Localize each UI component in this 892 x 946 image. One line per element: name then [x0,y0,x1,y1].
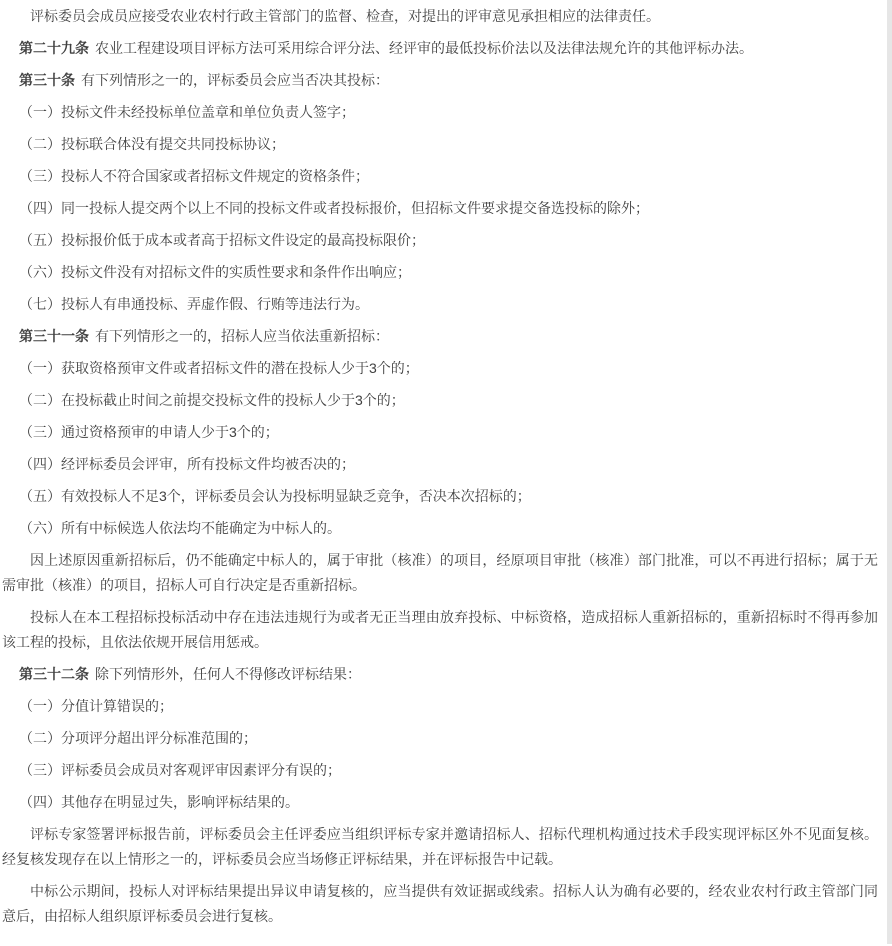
article-30: 第三十条有下列情形之一的，评标委员会应当否决其投标： [2,68,878,93]
article-29: 第二十九条农业工程建设项目评标方法可采用综合评分法、经评审的最低投标价法以及法律… [2,36,878,61]
article-32-item-2: （二）分项评分超出评分标准范围的； [2,726,878,751]
article-30-item-2: （二）投标联合体没有提交共同投标协议； [2,132,878,157]
article-32-item-4: （四）其他存在明显过失，影响评标结果的。 [2,790,878,815]
article-32-number: 第三十二条 [19,666,89,682]
article-32-item-1: （一）分值计算错误的； [2,694,878,719]
article-30-item-7: （七）投标人有串通投标、弄虚作假、行贿等违法行为。 [2,292,878,317]
article-29-text: 农业工程建设项目评标方法可采用综合评分法、经评审的最低投标价法以及法律法规允许的… [95,40,753,56]
article-30-item-4: （四）同一投标人提交两个以上不同的投标文件或者投标报价，但招标文件要求提交备选投… [2,196,878,221]
article-31-text: 有下列情形之一的，招标人应当依法重新招标： [95,328,389,344]
paragraph-review-before-signing: 评标专家签署评标报告前，评标委员会主任评委应当组织评标专家并邀请招标人、招标代理… [2,822,878,872]
article-30-item-3: （三）投标人不符合国家或者招标文件规定的资格条件； [2,164,878,189]
paragraph-rebid-penalty: 投标人在本工程招标投标活动中存在违法违规行为或者无正当理由放弃投标、中标资格，造… [2,605,878,655]
article-31-item-1: （一）获取资格预审文件或者招标文件的潜在投标人少于3个的； [2,356,878,381]
article-31-item-5: （五）有效投标人不足3个，评标委员会认为投标明显缺乏竞争，否决本次招标的； [2,484,878,509]
article-30-item-1: （一）投标文件未经投标单位盖章和单位负责人签字； [2,100,878,125]
article-31-item-2: （二）在投标截止时间之前提交投标文件的投标人少于3个的； [2,388,878,413]
article-31: 第三十一条有下列情形之一的，招标人应当依法重新招标： [2,324,878,349]
scrollbar[interactable] [887,0,892,944]
document-body: 评标委员会成员应接受农业农村行政主管部门的监督、检查，对提出的评审意见承担相应的… [0,0,892,946]
article-29-number: 第二十九条 [19,40,89,56]
article-32: 第三十二条除下列情形外，任何人不得修改评标结果： [2,662,878,687]
article-32-item-3: （三）评标委员会成员对客观评审因素评分有误的； [2,758,878,783]
article-31-item-4: （四）经评标委员会评审，所有投标文件均被否决的； [2,452,878,477]
article-31-item-6: （六）所有中标候选人依法均不能确定为中标人的。 [2,516,878,541]
article-32-text: 除下列情形外，任何人不得修改评标结果： [95,666,361,682]
paragraph-rebid-approval: 因上述原因重新招标后，仍不能确定中标人的，属于审批（核准）的项目，经原项目审批（… [2,548,878,598]
paragraph-liability: 评标委员会成员应接受农业农村行政主管部门的监督、检查，对提出的评审意见承担相应的… [2,4,878,29]
article-30-item-5: （五）投标报价低于成本或者高于招标文件设定的最高投标限价； [2,228,878,253]
article-30-text: 有下列情形之一的，评标委员会应当否决其投标： [81,72,389,88]
article-31-number: 第三十一条 [19,328,89,344]
article-31-item-3: （三）通过资格预审的申请人少于3个的； [2,420,878,445]
paragraph-publicity-review: 中标公示期间，投标人对评标结果提出异议申请复核的，应当提供有效证据或线索。招标人… [2,879,878,929]
article-30-number: 第三十条 [19,72,75,88]
article-30-item-6: （六）投标文件没有对招标文件的实质性要求和条件作出响应； [2,260,878,285]
